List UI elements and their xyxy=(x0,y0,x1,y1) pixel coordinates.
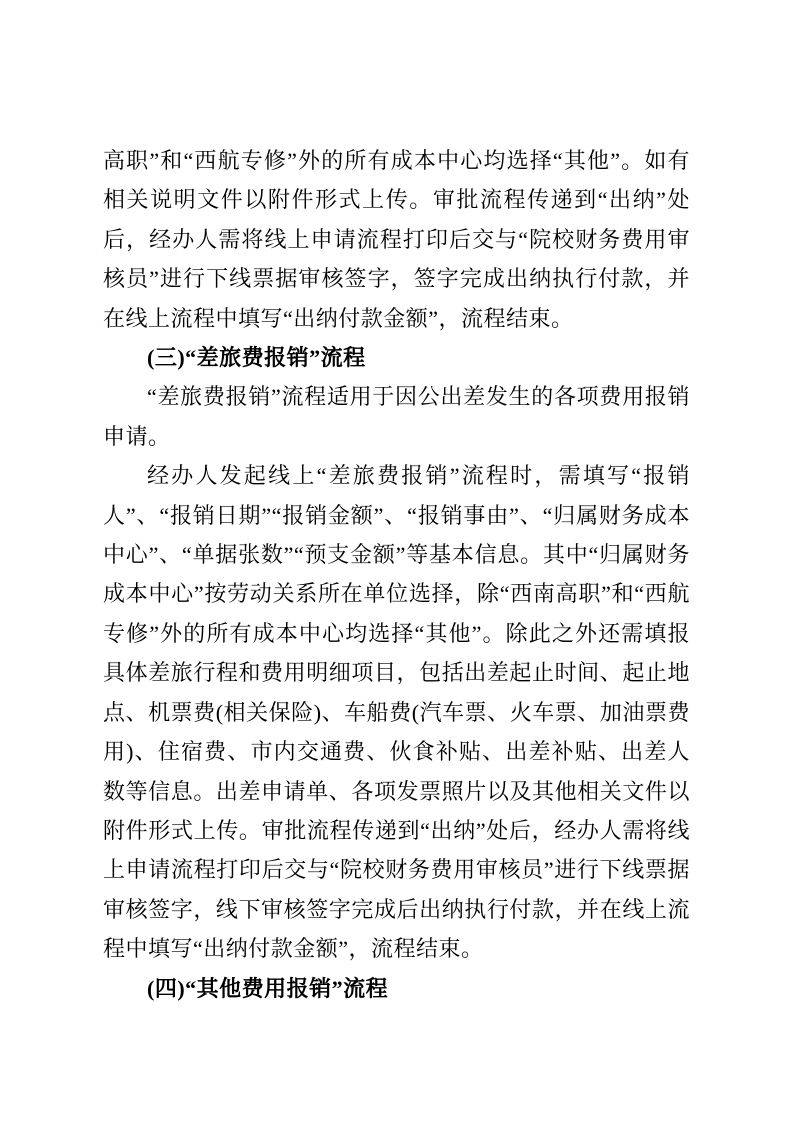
paragraph-travel-scope: “差旅费报销”流程适用于因公出差发生的各项费用报销申请。 xyxy=(103,377,690,456)
paragraph-travel-detail: 经办人发起线上“差旅费报销”流程时，需填写“报销人”、“报销日期”“报销金额”、… xyxy=(103,456,690,968)
paragraph-continuation: 高职”和“西航专修”外的所有成本中心均选择“其他”。如有相关说明文件以附件形式上… xyxy=(103,141,690,338)
section-heading-3: (三)“差旅费报销”流程 xyxy=(103,338,690,377)
section-heading-4: (四)“其他费用报销”流程 xyxy=(103,969,690,1008)
document-content: 高职”和“西航专修”外的所有成本中心均选择“其他”。如有相关说明文件以附件形式上… xyxy=(103,141,690,1008)
document-page: 高职”和“西航专修”外的所有成本中心均选择“其他”。如有相关说明文件以附件形式上… xyxy=(0,0,793,1122)
